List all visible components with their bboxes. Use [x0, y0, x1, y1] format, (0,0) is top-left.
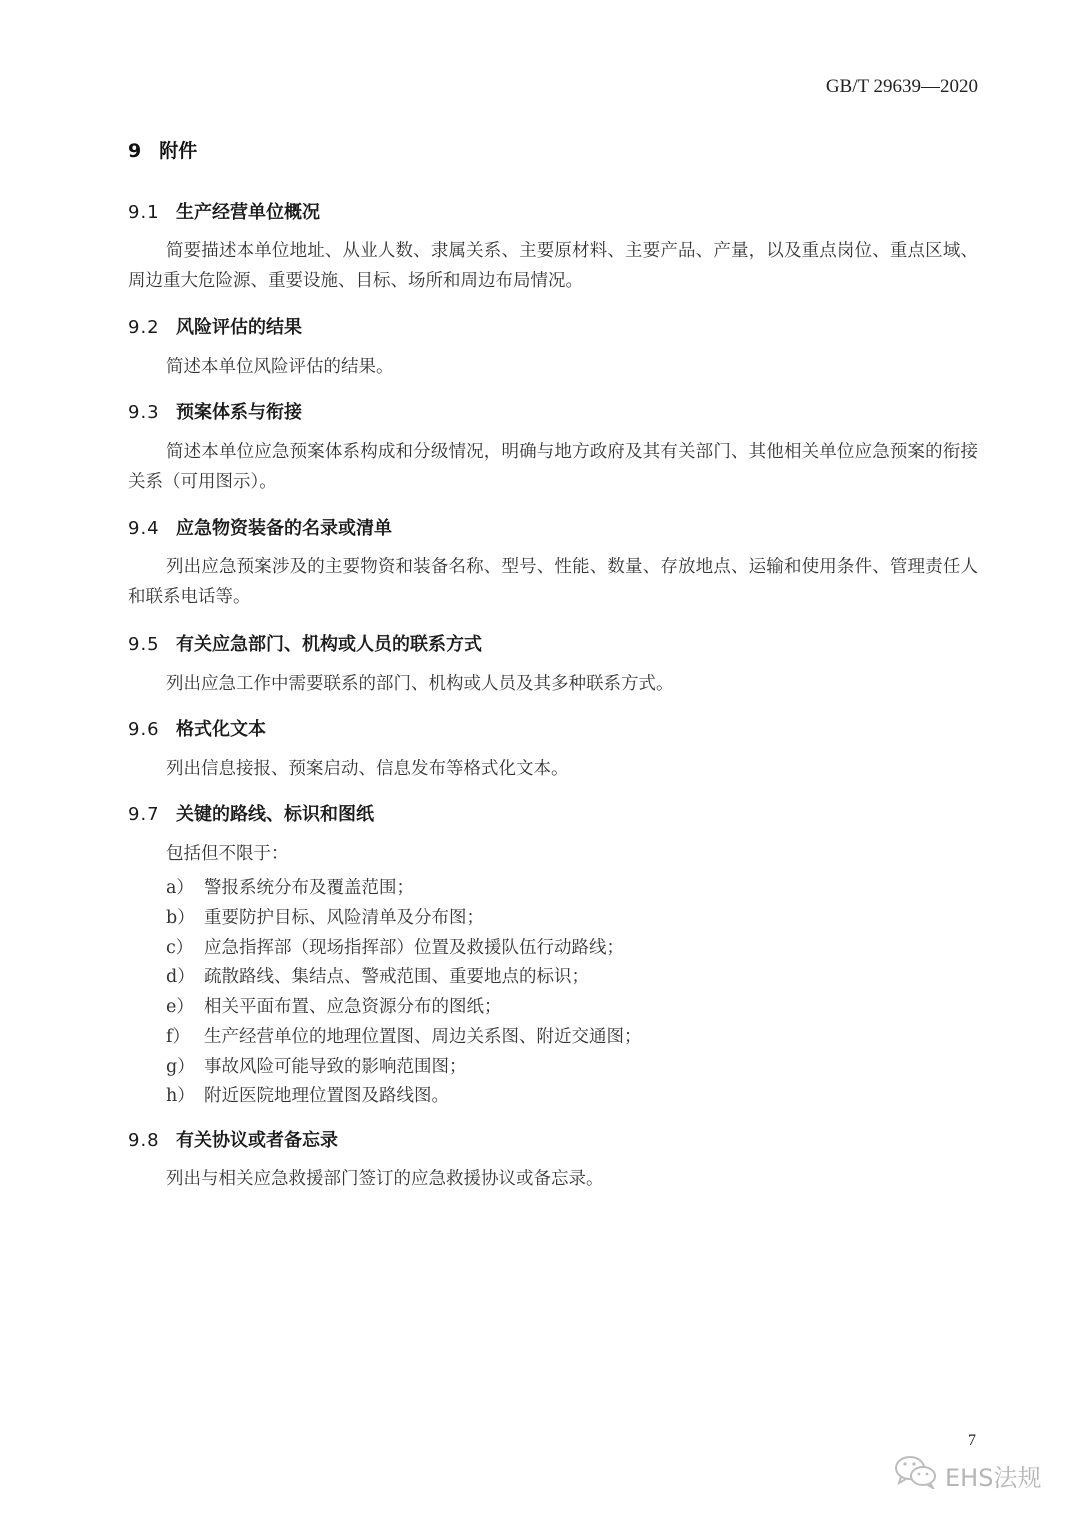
list-item: h）附近医院地理位置图及路线图。 [166, 1082, 449, 1107]
list-item: a）警报系统分布及覆盖范围； [166, 874, 414, 899]
section-title: 关键的路线、标识和图纸 [176, 804, 374, 825]
section-number: 9.5 [128, 634, 176, 655]
section-number: 9.4 [128, 518, 176, 539]
list-text: 附近医院地理位置图及路线图。 [204, 1086, 449, 1106]
list-item: e）相关平面布置、应急资源分布的图纸； [166, 993, 502, 1018]
section-heading-9-7: 9.7关键的路线、标识和图纸 [128, 800, 374, 826]
list-label: g） [166, 1053, 204, 1078]
section-body-9-2: 简述本单位风险评估的结果。 [128, 352, 978, 382]
section-number: 9.7 [128, 804, 176, 825]
section-heading-9-5: 9.5有关应急部门、机构或人员的联系方式 [128, 630, 482, 656]
list-item: g）事故风险可能导致的影响范围图； [166, 1053, 467, 1078]
section-body-9-3: 简述本单位应急预案体系构成和分级情况，明确与地方政府及其有关部门、其他相关单位应… [128, 437, 978, 497]
list-item: d）疏散路线、集结点、警戒范围、重要地点的标识； [166, 963, 589, 988]
section-body-9-4: 列出应急预案涉及的主要物资和装备名称、型号、性能、数量、存放地点、运输和使用条件… [128, 552, 978, 612]
wechat-icon [893, 1455, 939, 1495]
section-heading-9-4: 9.4应急物资装备的名录或清单 [128, 514, 392, 540]
section-title: 生产经营单位概况 [176, 202, 320, 223]
section-number: 9.2 [128, 317, 176, 338]
section-body-9-1: 简要描述本单位地址、从业人数、隶属关系、主要原材料、主要产品、产量，以及重点岗位… [128, 236, 978, 296]
section-title: 有关应急部门、机构或人员的联系方式 [176, 634, 482, 655]
section-heading-9-1: 9.1生产经营单位概况 [128, 198, 320, 224]
list-text: 事故风险可能导致的影响范围图； [204, 1057, 467, 1077]
section-heading-9-2: 9.2风险评估的结果 [128, 313, 302, 339]
watermark: EHS法规 [893, 1455, 1041, 1495]
section-title: 应急物资装备的名录或清单 [176, 518, 392, 539]
list-text: 生产经营单位的地理位置图、周边关系图、附近交通图； [204, 1027, 642, 1047]
section-title: 格式化文本 [176, 719, 266, 740]
list-label: e） [166, 993, 204, 1018]
section-heading-9-6: 9.6格式化文本 [128, 715, 266, 741]
section-title: 风险评估的结果 [176, 317, 302, 338]
list-label: f） [166, 1023, 204, 1048]
section-heading-9-3: 9.3预案体系与衔接 [128, 398, 302, 424]
list-label: b） [166, 904, 204, 929]
list-label: d） [166, 963, 204, 988]
list-item: c）应急指挥部（现场指挥部）位置及救援队伍行动路线； [166, 934, 624, 959]
section-title: 有关协议或者备忘录 [176, 1130, 338, 1151]
list-text: 疏散路线、集结点、警戒范围、重要地点的标识； [204, 967, 589, 987]
standard-code: GB/T 29639—2020 [826, 76, 978, 98]
chapter-title: 附件 [159, 140, 197, 162]
section-number: 9.6 [128, 719, 176, 740]
chapter-heading: 9附件 [128, 136, 197, 163]
watermark-text: EHS法规 [945, 1458, 1041, 1493]
section-number: 9.8 [128, 1130, 176, 1151]
list-label: c） [166, 934, 204, 959]
section-body-9-5: 列出应急工作中需要联系的部门、机构或人员及其多种联系方式。 [128, 669, 978, 699]
list-text: 相关平面布置、应急资源分布的图纸； [204, 997, 502, 1017]
list-text: 应急指挥部（现场指挥部）位置及救援队伍行动路线； [204, 938, 624, 958]
list-label: h） [166, 1082, 204, 1107]
list-label: a） [166, 874, 204, 899]
chapter-number: 9 [128, 140, 141, 162]
list-text: 重要防护目标、风险清单及分布图； [204, 908, 484, 928]
section-body-9-8: 列出与相关应急救援部门签订的应急救援协议或备忘录。 [128, 1164, 978, 1194]
section-number: 9.3 [128, 402, 176, 423]
list-text: 警报系统分布及覆盖范围； [204, 878, 414, 898]
list-item: f）生产经营单位的地理位置图、周边关系图、附近交通图； [166, 1023, 642, 1048]
section-title: 预案体系与衔接 [176, 402, 302, 423]
list-item: b）重要防护目标、风险清单及分布图； [166, 904, 484, 929]
section-heading-9-8: 9.8有关协议或者备忘录 [128, 1126, 338, 1152]
section-number: 9.1 [128, 202, 176, 223]
section-body-9-6: 列出信息接报、预案启动、信息发布等格式化文本。 [128, 754, 978, 784]
section-intro-9-7: 包括但不限于： [128, 839, 978, 869]
page-number: 7 [968, 1432, 976, 1450]
